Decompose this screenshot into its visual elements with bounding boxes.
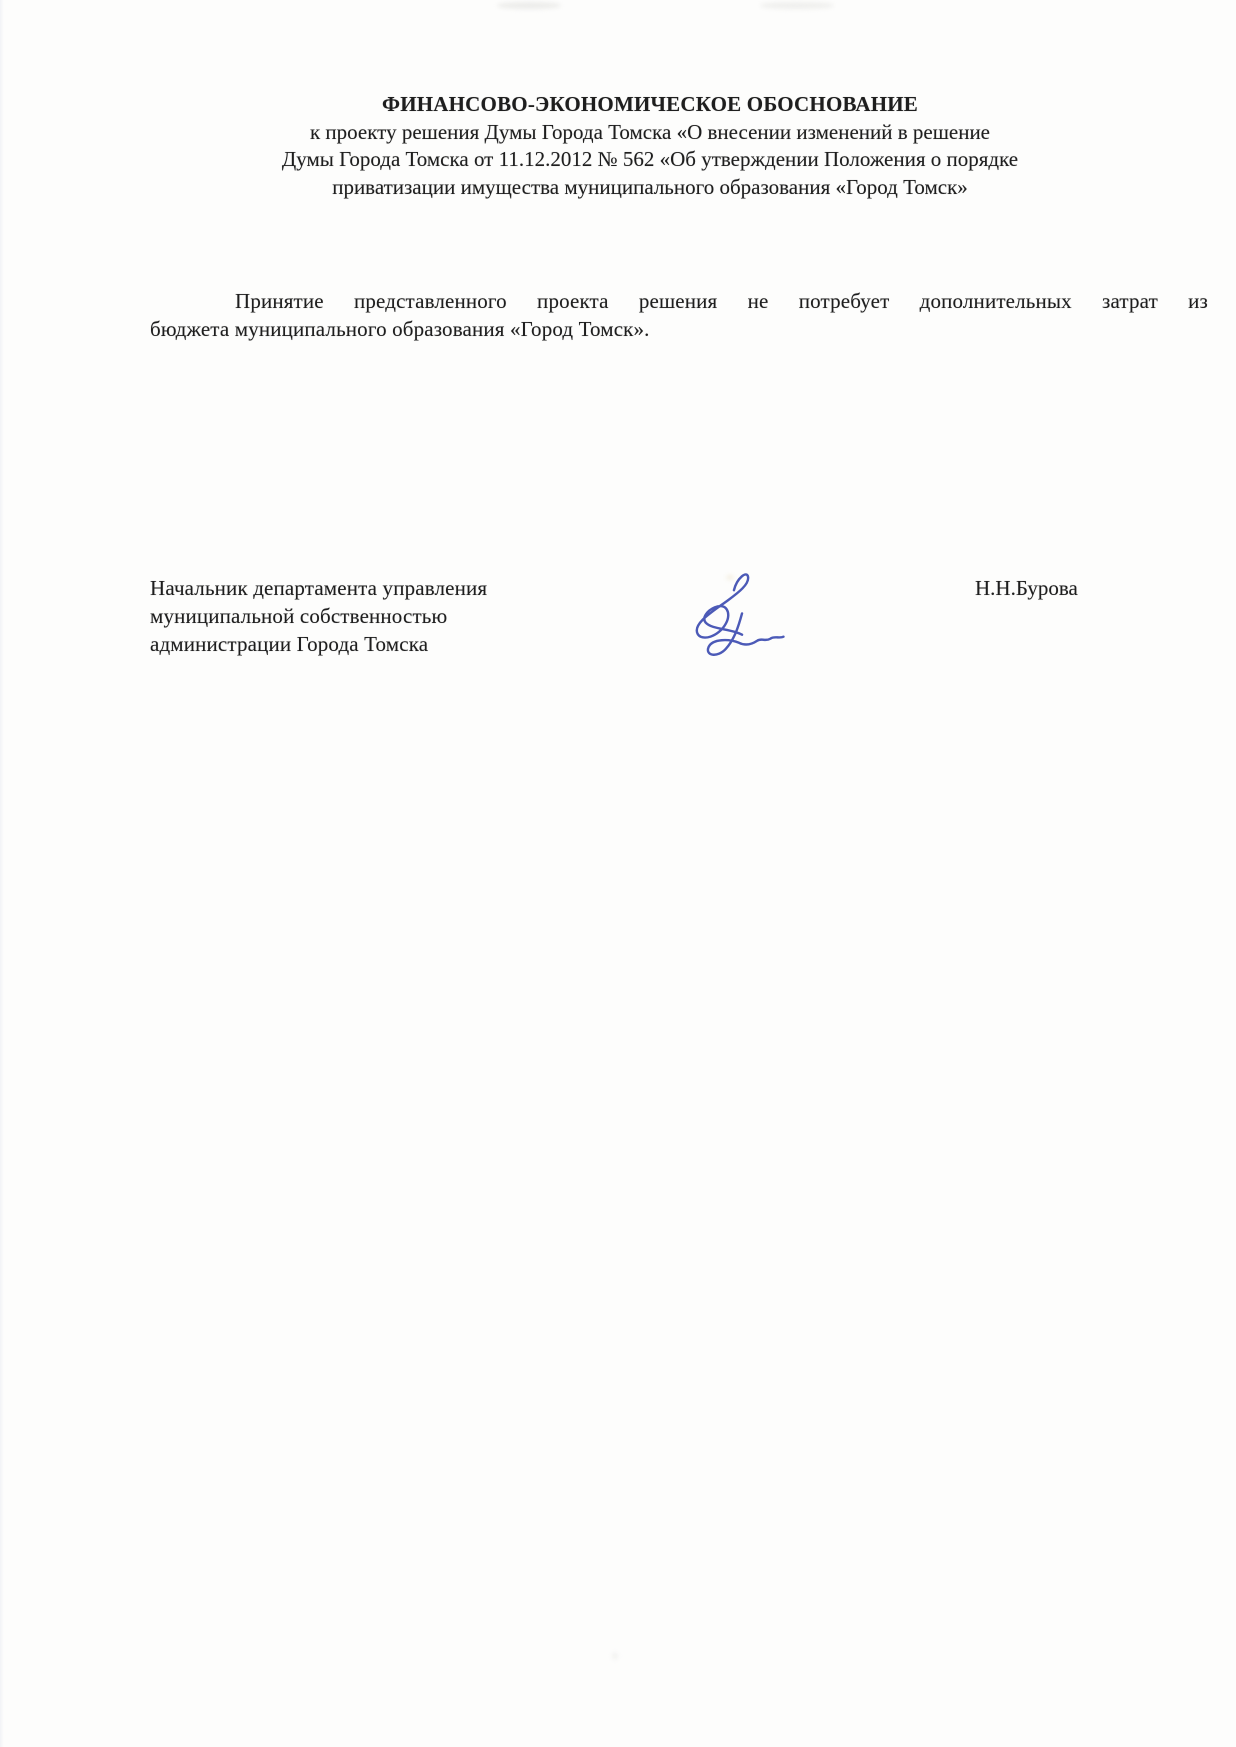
signatory-position-line-2: муниципальной собственностью	[150, 602, 630, 630]
scan-smudge	[497, 2, 561, 9]
document-subtitle-line-3: приватизации имущества муниципального об…	[150, 174, 1150, 202]
signatory-position: Начальник департамента управления муници…	[150, 574, 630, 658]
document-header: ФИНАНСОВО-ЭКОНОМИЧЕСКОЕ ОБОСНОВАНИЕ к пр…	[150, 91, 1150, 201]
document-subtitle-line-1: к проекту решения Думы Города Томска «О …	[150, 119, 1150, 147]
scan-edge-artifact	[0, 0, 4, 1747]
signatory-position-line-1: Начальник департамента управления	[150, 574, 630, 602]
body-paragraph-line-2: бюджета муниципального образования «Горо…	[150, 316, 1208, 344]
body-paragraph: Принятие представленного проекта решения…	[150, 288, 1208, 343]
body-paragraph-line-1: Принятие представленного проекта решения…	[150, 288, 1208, 316]
scan-smudge	[760, 2, 834, 9]
handwritten-signature-icon	[684, 568, 796, 664]
signatory-name: Н.Н.Бурова	[975, 574, 1078, 602]
scan-smudge	[612, 1652, 618, 1660]
signatory-position-line-3: администрации Города Томска	[150, 630, 630, 658]
scanned-document-page: ФИНАНСОВО-ЭКОНОМИЧЕСКОЕ ОБОСНОВАНИЕ к пр…	[0, 0, 1236, 1747]
document-subtitle-line-2: Думы Города Томска от 11.12.2012 № 562 «…	[150, 146, 1150, 174]
document-title: ФИНАНСОВО-ЭКОНОМИЧЕСКОЕ ОБОСНОВАНИЕ	[150, 91, 1150, 119]
